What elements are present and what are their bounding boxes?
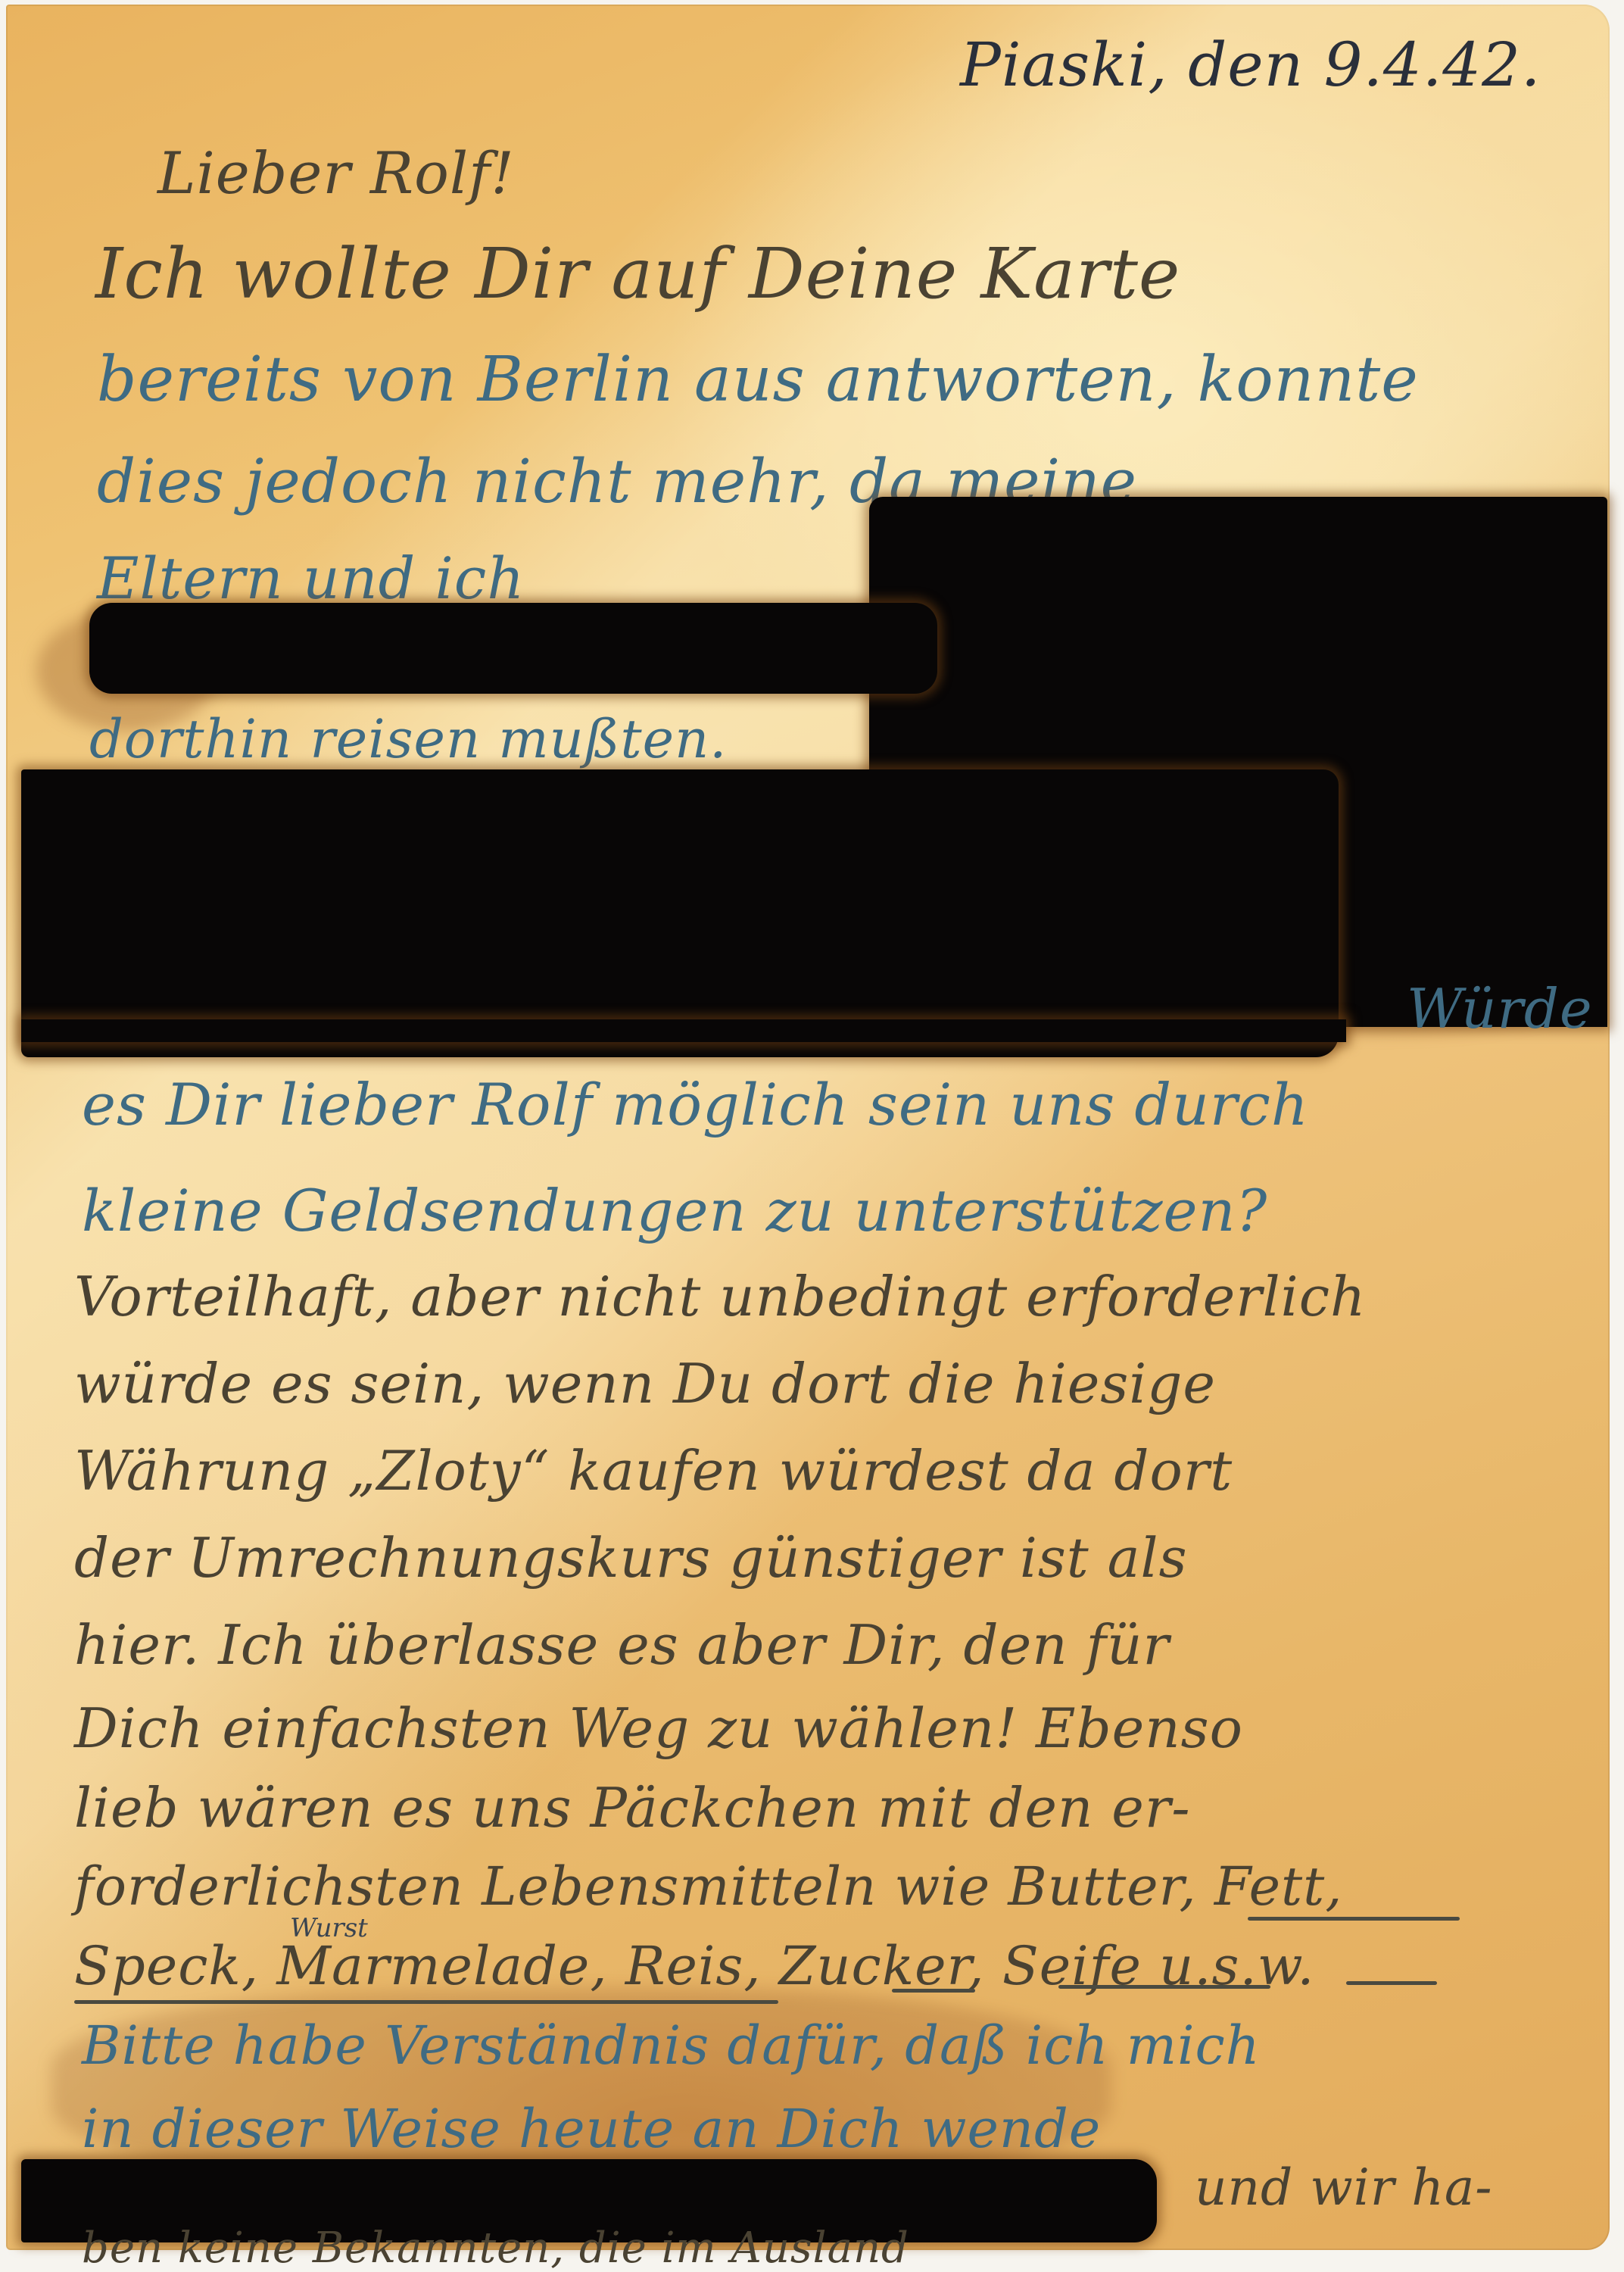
redaction-block: [21, 769, 1339, 1057]
letter-line: Bitte habe Verständnis dafür, daß ich mi…: [82, 2019, 1261, 2072]
letter-line: der Umrechnungskurs günstiger ist als: [74, 1531, 1188, 1585]
redaction-block: [21, 1019, 1346, 1042]
underline-butter: [1248, 1917, 1460, 1921]
underline-zucker: [1058, 1985, 1270, 1989]
letter-line: Würde: [1407, 982, 1593, 1036]
letter-line: und wir ha-: [1195, 2163, 1493, 2213]
underline-seife: [1346, 1981, 1437, 1985]
letter-line: Eltern und ich: [97, 550, 525, 607]
letter-line: Währung „Zloty“ kaufen würdest da dort: [74, 1443, 1233, 1498]
letter-line: hier. Ich überlasse es aber Dir, den für: [74, 1618, 1170, 1672]
letter-line: in dieser Weise heute an Dich wende: [82, 2102, 1101, 2155]
letter-line: würde es sein, wenn Du dort die hiesige: [74, 1356, 1216, 1411]
redaction-block: [89, 603, 937, 694]
letter-line: Dich einfachsten Weg zu wählen! Ebenso: [74, 1701, 1243, 1755]
underline-reis: [892, 1989, 975, 1993]
letter-line: bereits von Berlin aus antworten, konnte: [97, 349, 1419, 411]
letter-line: ben keine Bekannten, die im Ausland: [82, 2227, 909, 2270]
underline-marmelade: [74, 2000, 778, 2004]
letter-line: kleine Geldsendungen zu unterstützen?: [82, 1182, 1267, 1240]
salutation: Lieber Rolf!: [157, 145, 515, 202]
letter-line: dorthin reisen mußten.: [89, 713, 727, 766]
letter-line: Ich wollte Dir auf Deine Karte: [95, 239, 1180, 309]
letter-line: forderlichsten Lebensmitteln wie Butter,…: [74, 1860, 1343, 1913]
postcard: Piaski, den 9.4.42. Lieber Rolf! Ich wol…: [6, 5, 1610, 2250]
letter-line: Vorteilhaft, aber nicht unbedingt erford…: [74, 1269, 1366, 1324]
place-date: Piaski, den 9.4.42.: [960, 35, 1541, 95]
letter-line: es Dir lieber Rolf möglich sein uns durc…: [82, 1076, 1309, 1134]
letter-line: lieb wären es uns Päckchen mit den er-: [74, 1780, 1191, 1835]
